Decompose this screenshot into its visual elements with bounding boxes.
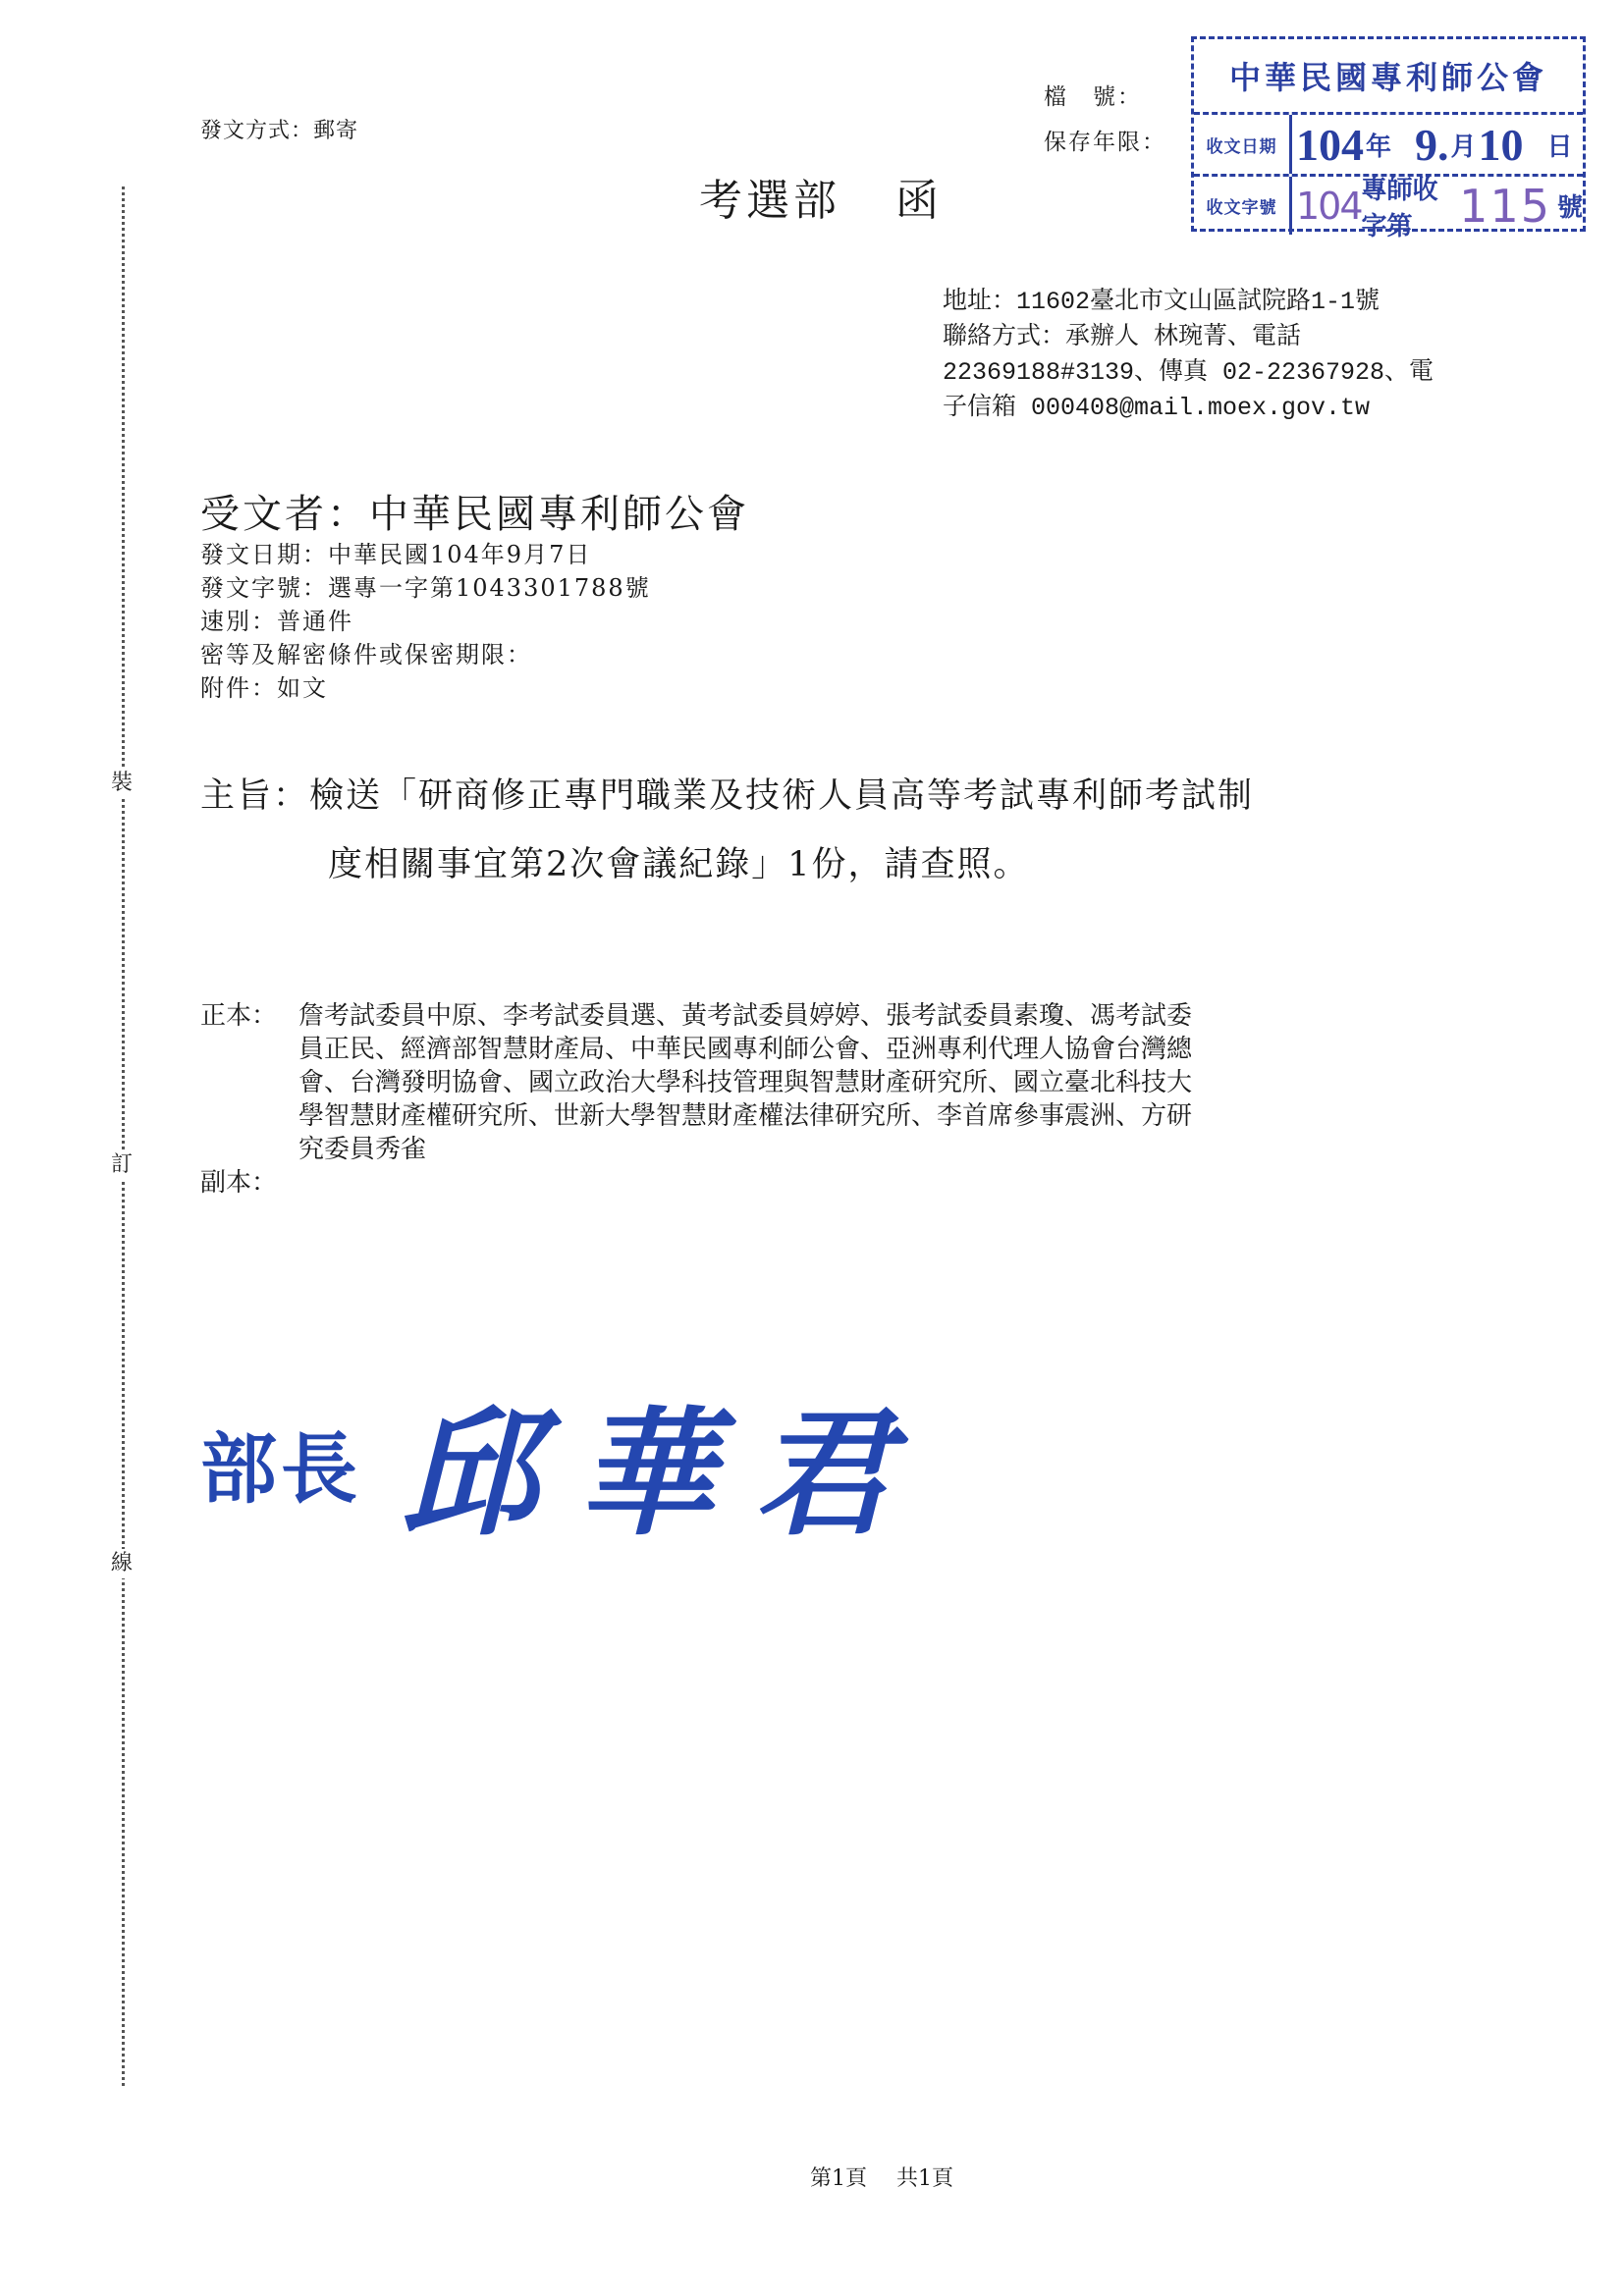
stamp-number-unit: 號 <box>1557 187 1583 224</box>
original-recipients-line: 究委員秀雀 <box>298 1133 1477 1166</box>
handwritten-year: 104 <box>1296 185 1362 228</box>
distribution: 正本： 詹考試委員中原、李考試委員選、黃考試委員婷婷、張考試委員素瓊、馮考試委 … <box>200 999 1477 1200</box>
file-number-label: 檔 號： <box>1044 75 1142 120</box>
original-recipients: 詹考試委員中原、李考試委員選、黃考試委員婷婷、張考試委員素瓊、馮考試委 員正民、… <box>298 999 1477 1166</box>
send-method-label: 發文方式： <box>200 119 313 143</box>
stamp-number-label: 收文字號 <box>1194 177 1292 235</box>
original-recipients-line: 學智慧財產權研究所、世新大學智慧財產權法律研究所、李首席參事震洲、方研 <box>298 1099 1477 1133</box>
issuing-agency: 考選部 <box>699 176 840 226</box>
handwritten-number: 115 <box>1459 180 1551 233</box>
send-method: 發文方式：郵寄 <box>200 114 358 144</box>
subject: 主旨：檢送「研商修正專門職業及技術人員高等考試專利師考試制 度相關事宜第2次會議… <box>200 762 1254 899</box>
retention-label: 保存年限： <box>1044 120 1166 165</box>
contact-phone-fax: 22369188#3139、傳真 02-22367928、電 <box>943 355 1434 391</box>
stamp-date-value: 104年9.月10日 <box>1292 115 1583 174</box>
stamp-date-year: 104 <box>1296 119 1364 171</box>
original-recipients-label: 正本： <box>200 999 298 1166</box>
recipient-label: 受文者： <box>200 492 369 537</box>
document-type: 函 <box>895 176 943 226</box>
stamp-number-row: 收文字號 104專師收字第115號 <box>1194 177 1583 235</box>
copy-recipients-label: 副本： <box>200 1166 298 1200</box>
file-meta: 檔 號： 保存年限： <box>1044 75 1166 165</box>
original-recipients-line: 員正民、經濟部智慧財產局、中華民國專利師公會、亞洲專利代理人協會台灣總 <box>298 1033 1477 1066</box>
subject-line-1: 檢送「研商修正專門職業及技術人員高等考試專利師考試制 <box>309 776 1254 816</box>
page-total: 共1頁 <box>896 2166 953 2191</box>
received-stamp: 中華民國專利師公會 收文日期 104年9.月10日 收文字號 104專師收字第1… <box>1191 36 1586 232</box>
priority: 速別：普通件 <box>200 605 651 638</box>
binding-dotted-line <box>122 187 125 2086</box>
stamp-number-value: 104專師收字第115號 <box>1292 177 1583 235</box>
original-recipients-line: 會、台灣發明協會、國立政治大學科技管理與智慧財產研究所、國立臺北科技大 <box>298 1066 1477 1099</box>
stamp-month-unit: 月 <box>1451 127 1477 163</box>
recipient-value: 中華民國專利師公會 <box>369 492 749 537</box>
stamp-year-unit: 年 <box>1366 127 1391 163</box>
original-recipients-line: 詹考試委員中原、李考試委員選、黃考試委員婷婷、張考試委員素瓊、馮考試委 <box>298 999 1477 1033</box>
page-number: 第1頁 <box>810 2166 867 2191</box>
send-method-value: 郵寄 <box>313 119 358 143</box>
stamp-date-label: 收文日期 <box>1194 115 1292 174</box>
classification: 密等及解密條件或保密期限： <box>200 638 651 671</box>
minister-signature-stamp: 部長邱華君 <box>200 1364 931 1562</box>
issue-date: 發文日期：中華民國104年9月7日 <box>200 538 651 571</box>
binding-mark-zhuang: 裝 <box>111 769 133 798</box>
stamp-number-text: 專師收字第 <box>1362 170 1454 242</box>
binding-mark-ding: 訂 <box>111 1150 133 1180</box>
attachment: 附件：如文 <box>200 671 651 705</box>
subject-line-2: 度相關事宜第2次會議紀錄」1份，請查照。 <box>200 830 1254 899</box>
stamp-organization: 中華民國專利師公會 <box>1194 39 1583 115</box>
binding-mark-xian: 線 <box>111 1549 133 1578</box>
subject-label: 主旨： <box>200 776 309 816</box>
contact-block: 地址：11602臺北市文山區試院路1-1號 聯絡方式：承辦人 林琬菁、電話 22… <box>943 285 1434 426</box>
contact-address: 地址：11602臺北市文山區試院路1-1號 <box>943 285 1434 320</box>
document-meta: 發文日期：中華民國104年9月7日 發文字號：選專一字第1043301788號 … <box>200 538 651 705</box>
recipient: 受文者：中華民國專利師公會 <box>200 483 749 539</box>
contact-person: 聯絡方式：承辦人 林琬菁、電話 <box>943 320 1434 355</box>
document-number: 發文字號：選專一字第1043301788號 <box>200 571 651 605</box>
signature-title: 部長 <box>200 1425 361 1515</box>
stamp-date-day: 10 <box>1479 119 1524 171</box>
stamp-date-month: 9. <box>1415 119 1449 171</box>
stamp-day-unit: 日 <box>1547 127 1573 163</box>
contact-email: 子信箱 000408@mail.moex.gov.tw <box>943 391 1434 426</box>
document-title: 考選部函 <box>699 165 943 228</box>
stamp-date-row: 收文日期 104年9.月10日 <box>1194 115 1583 177</box>
signature-name: 邱華君 <box>401 1394 931 1555</box>
page-footer: 第1頁共1頁 <box>810 2162 953 2192</box>
